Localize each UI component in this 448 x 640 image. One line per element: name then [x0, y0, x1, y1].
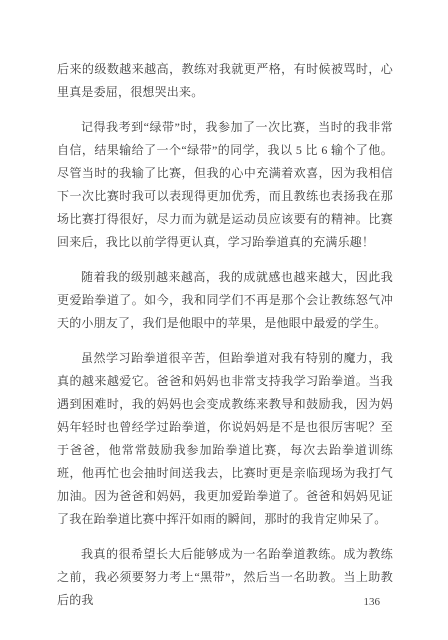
paragraph: 后来的级数越来越高，教练对我就更严格，有时候被骂时，心里真是委屈，很想哭出来。	[57, 58, 393, 104]
paragraph: 记得我考到“绿带”时，我参加了一次比赛，当时的我非常自信，结果输给了一个“绿带”…	[57, 116, 393, 254]
document-page: 后来的级数越来越高，教练对我就更严格，有时候被骂时，心里真是委屈，很想哭出来。记…	[0, 0, 448, 640]
essay-text: 后来的级数越来越高，教练对我就更严格，有时候被骂时，心里真是委屈，很想哭出来。记…	[57, 58, 393, 624]
page-number: 136	[364, 596, 381, 608]
paragraph: 随着我的级别越来越高，我的成就感也越来越大，因此我更爱跆拳道了。如今，我和同学们…	[57, 266, 393, 335]
paragraph: 我真的很希望长大后能够成为一名跆拳道教练。成为教练之前，我必须要努力考上“黑带”…	[57, 543, 393, 612]
paragraph: 虽然学习跆拳道很辛苦，但跆拳道对我有特别的魔力，我真的越来越爱它。爸爸和妈妈也非…	[57, 347, 393, 531]
